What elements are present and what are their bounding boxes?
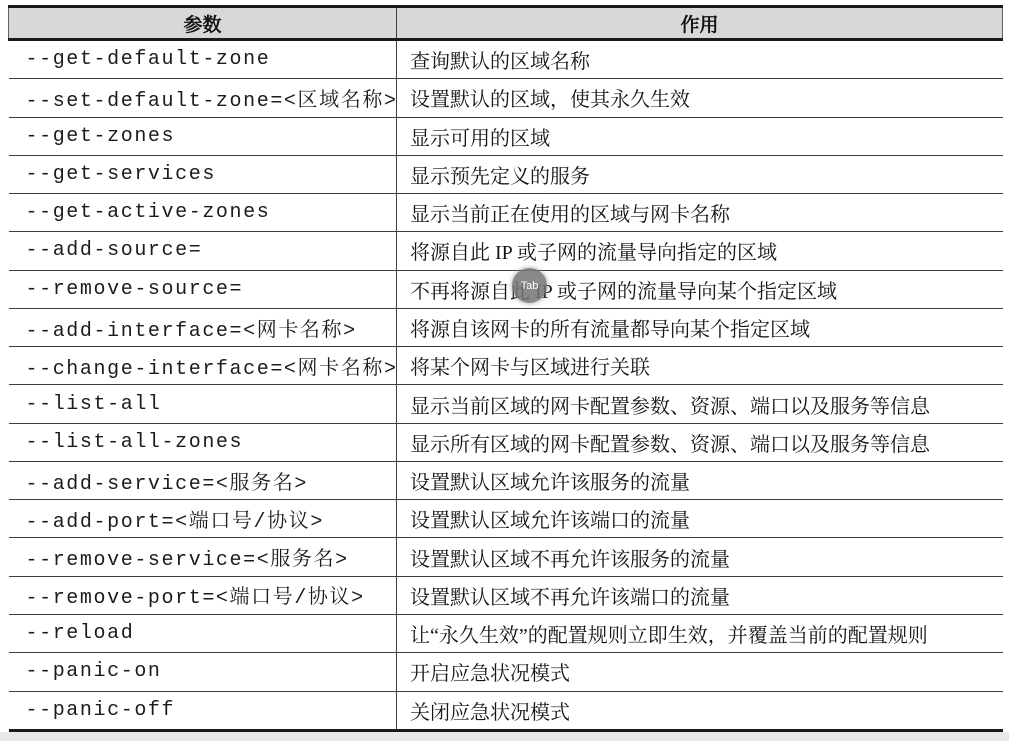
param-cell: --add-interface=<网卡名称> xyxy=(9,308,397,346)
table-row: --get-zones显示可用的区域 xyxy=(9,117,1003,155)
table-row: --remove-source=不再将源自此 IP 或子网的流量导向某个指定区域 xyxy=(9,270,1003,308)
scanned-page: 参数 作用 --get-default-zone查询默认的区域名称--set-d… xyxy=(0,0,1009,741)
param-cell: --get-active-zones xyxy=(9,194,397,232)
table-row: --list-all显示当前区域的网卡配置参数、资源、端口以及服务等信息 xyxy=(9,385,1003,423)
param-cell: --change-interface=<网卡名称> xyxy=(9,347,397,385)
table-row: --reload让“永久生效”的配置规则立即生效，并覆盖当前的配置规则 xyxy=(9,615,1003,653)
param-cell: --remove-source= xyxy=(9,270,397,308)
table-row: --get-default-zone查询默认的区域名称 xyxy=(9,40,1003,79)
table-row: --add-source=将源自此 IP 或子网的流量导向指定的区域 xyxy=(9,232,1003,270)
table-row: --set-default-zone=<区域名称>设置默认的区域，使其永久生效 xyxy=(9,79,1003,117)
desc-cell: 设置默认区域允许该服务的流量 xyxy=(397,461,1003,499)
table-row: --list-all-zones显示所有区域的网卡配置参数、资源、端口以及服务等… xyxy=(9,423,1003,461)
param-cell: --reload xyxy=(9,615,397,653)
param-cell: --add-port=<端口号/协议> xyxy=(9,500,397,538)
param-cell: --list-all xyxy=(9,385,397,423)
desc-cell: 设置默认区域不再允许该端口的流量 xyxy=(397,576,1003,614)
desc-cell: 设置默认区域不再允许该服务的流量 xyxy=(397,538,1003,576)
param-cell: --panic-on xyxy=(9,653,397,691)
header-row: 参数 作用 xyxy=(9,7,1003,40)
desc-cell: 显示当前正在使用的区域与网卡名称 xyxy=(397,194,1003,232)
desc-cell: 关闭应急状况模式 xyxy=(397,691,1003,730)
table-row: --get-services显示预先定义的服务 xyxy=(9,155,1003,193)
param-cell: --remove-port=<端口号/协议> xyxy=(9,576,397,614)
param-cell: --get-zones xyxy=(9,117,397,155)
column-header-param: 参数 xyxy=(9,7,397,40)
desc-cell: 设置默认的区域，使其永久生效 xyxy=(397,79,1003,117)
param-cell: --get-default-zone xyxy=(9,40,397,79)
table-row: --remove-service=<服务名>设置默认区域不再允许该服务的流量 xyxy=(9,538,1003,576)
desc-cell: 开启应急状况模式 xyxy=(397,653,1003,691)
table-row: --add-service=<服务名>设置默认区域允许该服务的流量 xyxy=(9,461,1003,499)
desc-cell: 查询默认的区域名称 xyxy=(397,40,1003,79)
desc-cell: 让“永久生效”的配置规则立即生效，并覆盖当前的配置规则 xyxy=(397,615,1003,653)
param-cell: --add-source= xyxy=(9,232,397,270)
page-bottom-edge xyxy=(0,732,1009,741)
table-row: --add-interface=<网卡名称>将源自该网卡的所有流量都导向某个指定… xyxy=(9,308,1003,346)
tab-keypress-overlay-icon: Tab xyxy=(512,268,547,303)
table-row: --panic-on开启应急状况模式 xyxy=(9,653,1003,691)
param-cell: --get-services xyxy=(9,155,397,193)
param-cell: --panic-off xyxy=(9,691,397,730)
table-row: --get-active-zones显示当前正在使用的区域与网卡名称 xyxy=(9,194,1003,232)
table-row: --add-port=<端口号/协议>设置默认区域允许该端口的流量 xyxy=(9,500,1003,538)
desc-cell: 将某个网卡与区域进行关联 xyxy=(397,347,1003,385)
column-header-desc: 作用 xyxy=(397,7,1003,40)
table-row: --remove-port=<端口号/协议>设置默认区域不再允许该端口的流量 xyxy=(9,576,1003,614)
param-cell: --remove-service=<服务名> xyxy=(9,538,397,576)
table-body: --get-default-zone查询默认的区域名称--set-default… xyxy=(9,40,1003,731)
param-cell: --set-default-zone=<区域名称> xyxy=(9,79,397,117)
desc-cell: 显示预先定义的服务 xyxy=(397,155,1003,193)
firewall-cmd-parameters-table: 参数 作用 --get-default-zone查询默认的区域名称--set-d… xyxy=(8,5,1003,732)
desc-cell: 将源自此 IP 或子网的流量导向指定的区域 xyxy=(397,232,1003,270)
desc-cell: 显示可用的区域 xyxy=(397,117,1003,155)
table-header: 参数 作用 xyxy=(9,7,1003,40)
desc-cell: 显示所有区域的网卡配置参数、资源、端口以及服务等信息 xyxy=(397,423,1003,461)
desc-cell: 显示当前区域的网卡配置参数、资源、端口以及服务等信息 xyxy=(397,385,1003,423)
desc-cell: 不再将源自此 IP 或子网的流量导向某个指定区域 xyxy=(397,270,1003,308)
param-cell: --list-all-zones xyxy=(9,423,397,461)
desc-cell: 将源自该网卡的所有流量都导向某个指定区域 xyxy=(397,308,1003,346)
param-cell: --add-service=<服务名> xyxy=(9,461,397,499)
table-row: --panic-off关闭应急状况模式 xyxy=(9,691,1003,730)
table-row: --change-interface=<网卡名称>将某个网卡与区域进行关联 xyxy=(9,347,1003,385)
desc-cell: 设置默认区域允许该端口的流量 xyxy=(397,500,1003,538)
